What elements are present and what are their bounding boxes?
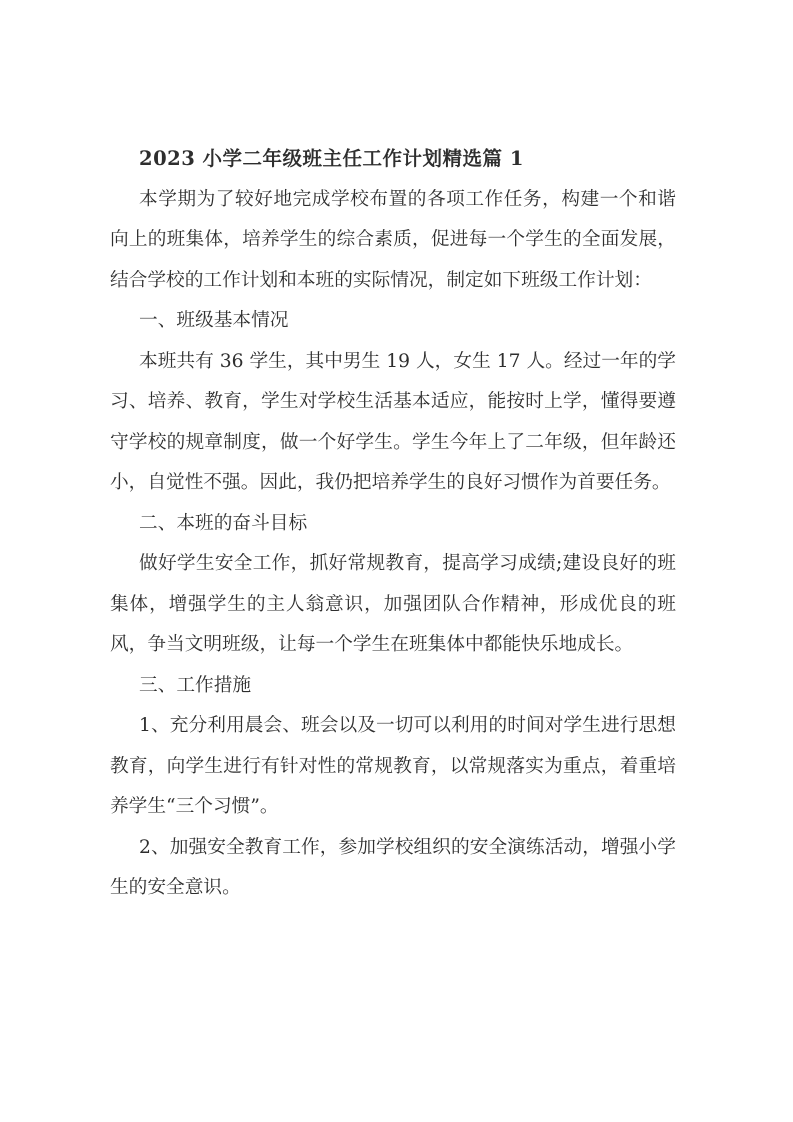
body-paragraph: 做好学生安全工作，抓好常规教育，提高学习成绩;建设良好的班集体，增强学生的主人翁… <box>110 544 676 666</box>
body-paragraph-numbered-item-1: 1、充分利用晨会、班会以及一切可以利用的时间对学生进行思想教育，向学生进行有针对… <box>110 706 676 828</box>
document-title: 2023 小学二年级班主任工作计划精选篇 1 <box>110 139 676 180</box>
section-heading-1: 一、班级基本情况 <box>110 301 676 342</box>
section-heading-3: 三、工作措施 <box>110 666 676 707</box>
document-page: 2023 小学二年级班主任工作计划精选篇 1 本学期为了较好地完成学校布置的各项… <box>0 0 793 1122</box>
body-paragraph: 本班共有 36 学生，其中男生 19 人，女生 17 人。经过一年的学习、培养、… <box>110 342 676 504</box>
body-paragraph-numbered-item-2: 2、加强安全教育工作，参加学校组织的安全演练活动，增强小学生的安全意识。 <box>110 828 676 909</box>
body-paragraph: 本学期为了较好地完成学校布置的各项工作任务，构建一个和谐向上的班集体，培养学生的… <box>110 180 676 302</box>
section-heading-2: 二、本班的奋斗目标 <box>110 504 676 545</box>
